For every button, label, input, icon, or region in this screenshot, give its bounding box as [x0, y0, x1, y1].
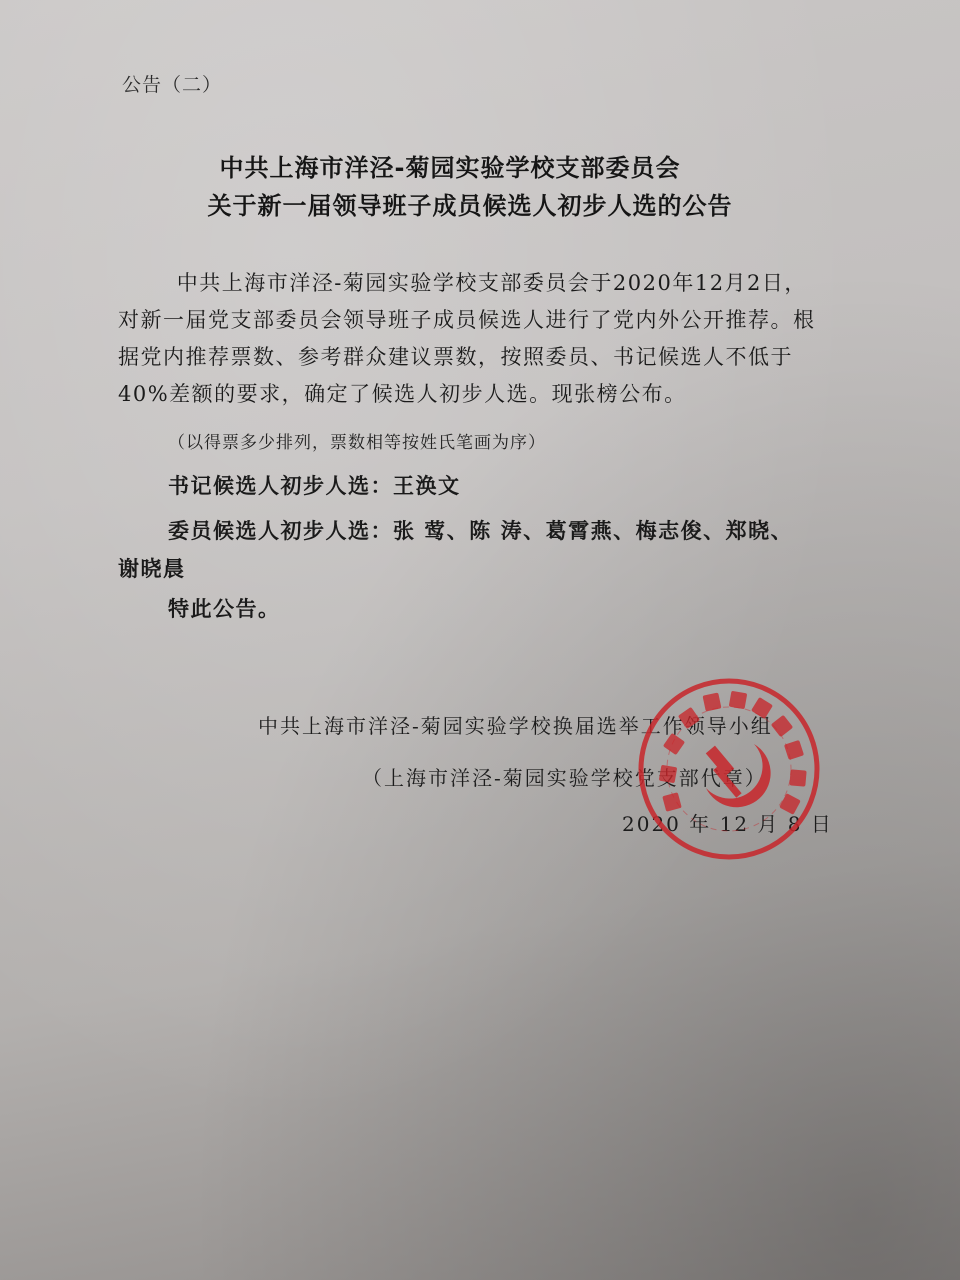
member-candidates-line: 委员候选人初步人选：张 莺、陈 涛、葛霄燕、梅志俊、郑晓、 — [168, 515, 793, 545]
member-candidates-line-continued: 谢晓晨 — [118, 553, 186, 583]
closing-statement: 特此公告。 — [168, 593, 281, 623]
title-line-2: 关于新一届领导班子成员候选人初步人选的公告 — [0, 186, 950, 221]
ordering-note: （以得票多少排列，票数相等按姓氏笔画为序） — [168, 428, 546, 453]
secretary-candidate-line: 书记候选人初步人选：王涣文 — [168, 470, 461, 500]
signature-seal-note: （上海市洋泾-菊园实验学校党支部代章） — [362, 762, 767, 791]
document-label: 公告（二） — [122, 70, 222, 97]
title-line-1: 中共上海市洋泾-菊园实验学校支部委员会 — [0, 148, 930, 183]
body-paragraph: 中共上海市洋泾-菊园实验学校支部委员会于2020年12月2日，对新一届党支部委员… — [118, 265, 828, 413]
signature-organization: 中共上海市洋泾-菊园实验学校换届选举工作领导小组 — [258, 710, 773, 739]
signature-date: 2020 年 12 月 8 日 — [622, 808, 833, 837]
